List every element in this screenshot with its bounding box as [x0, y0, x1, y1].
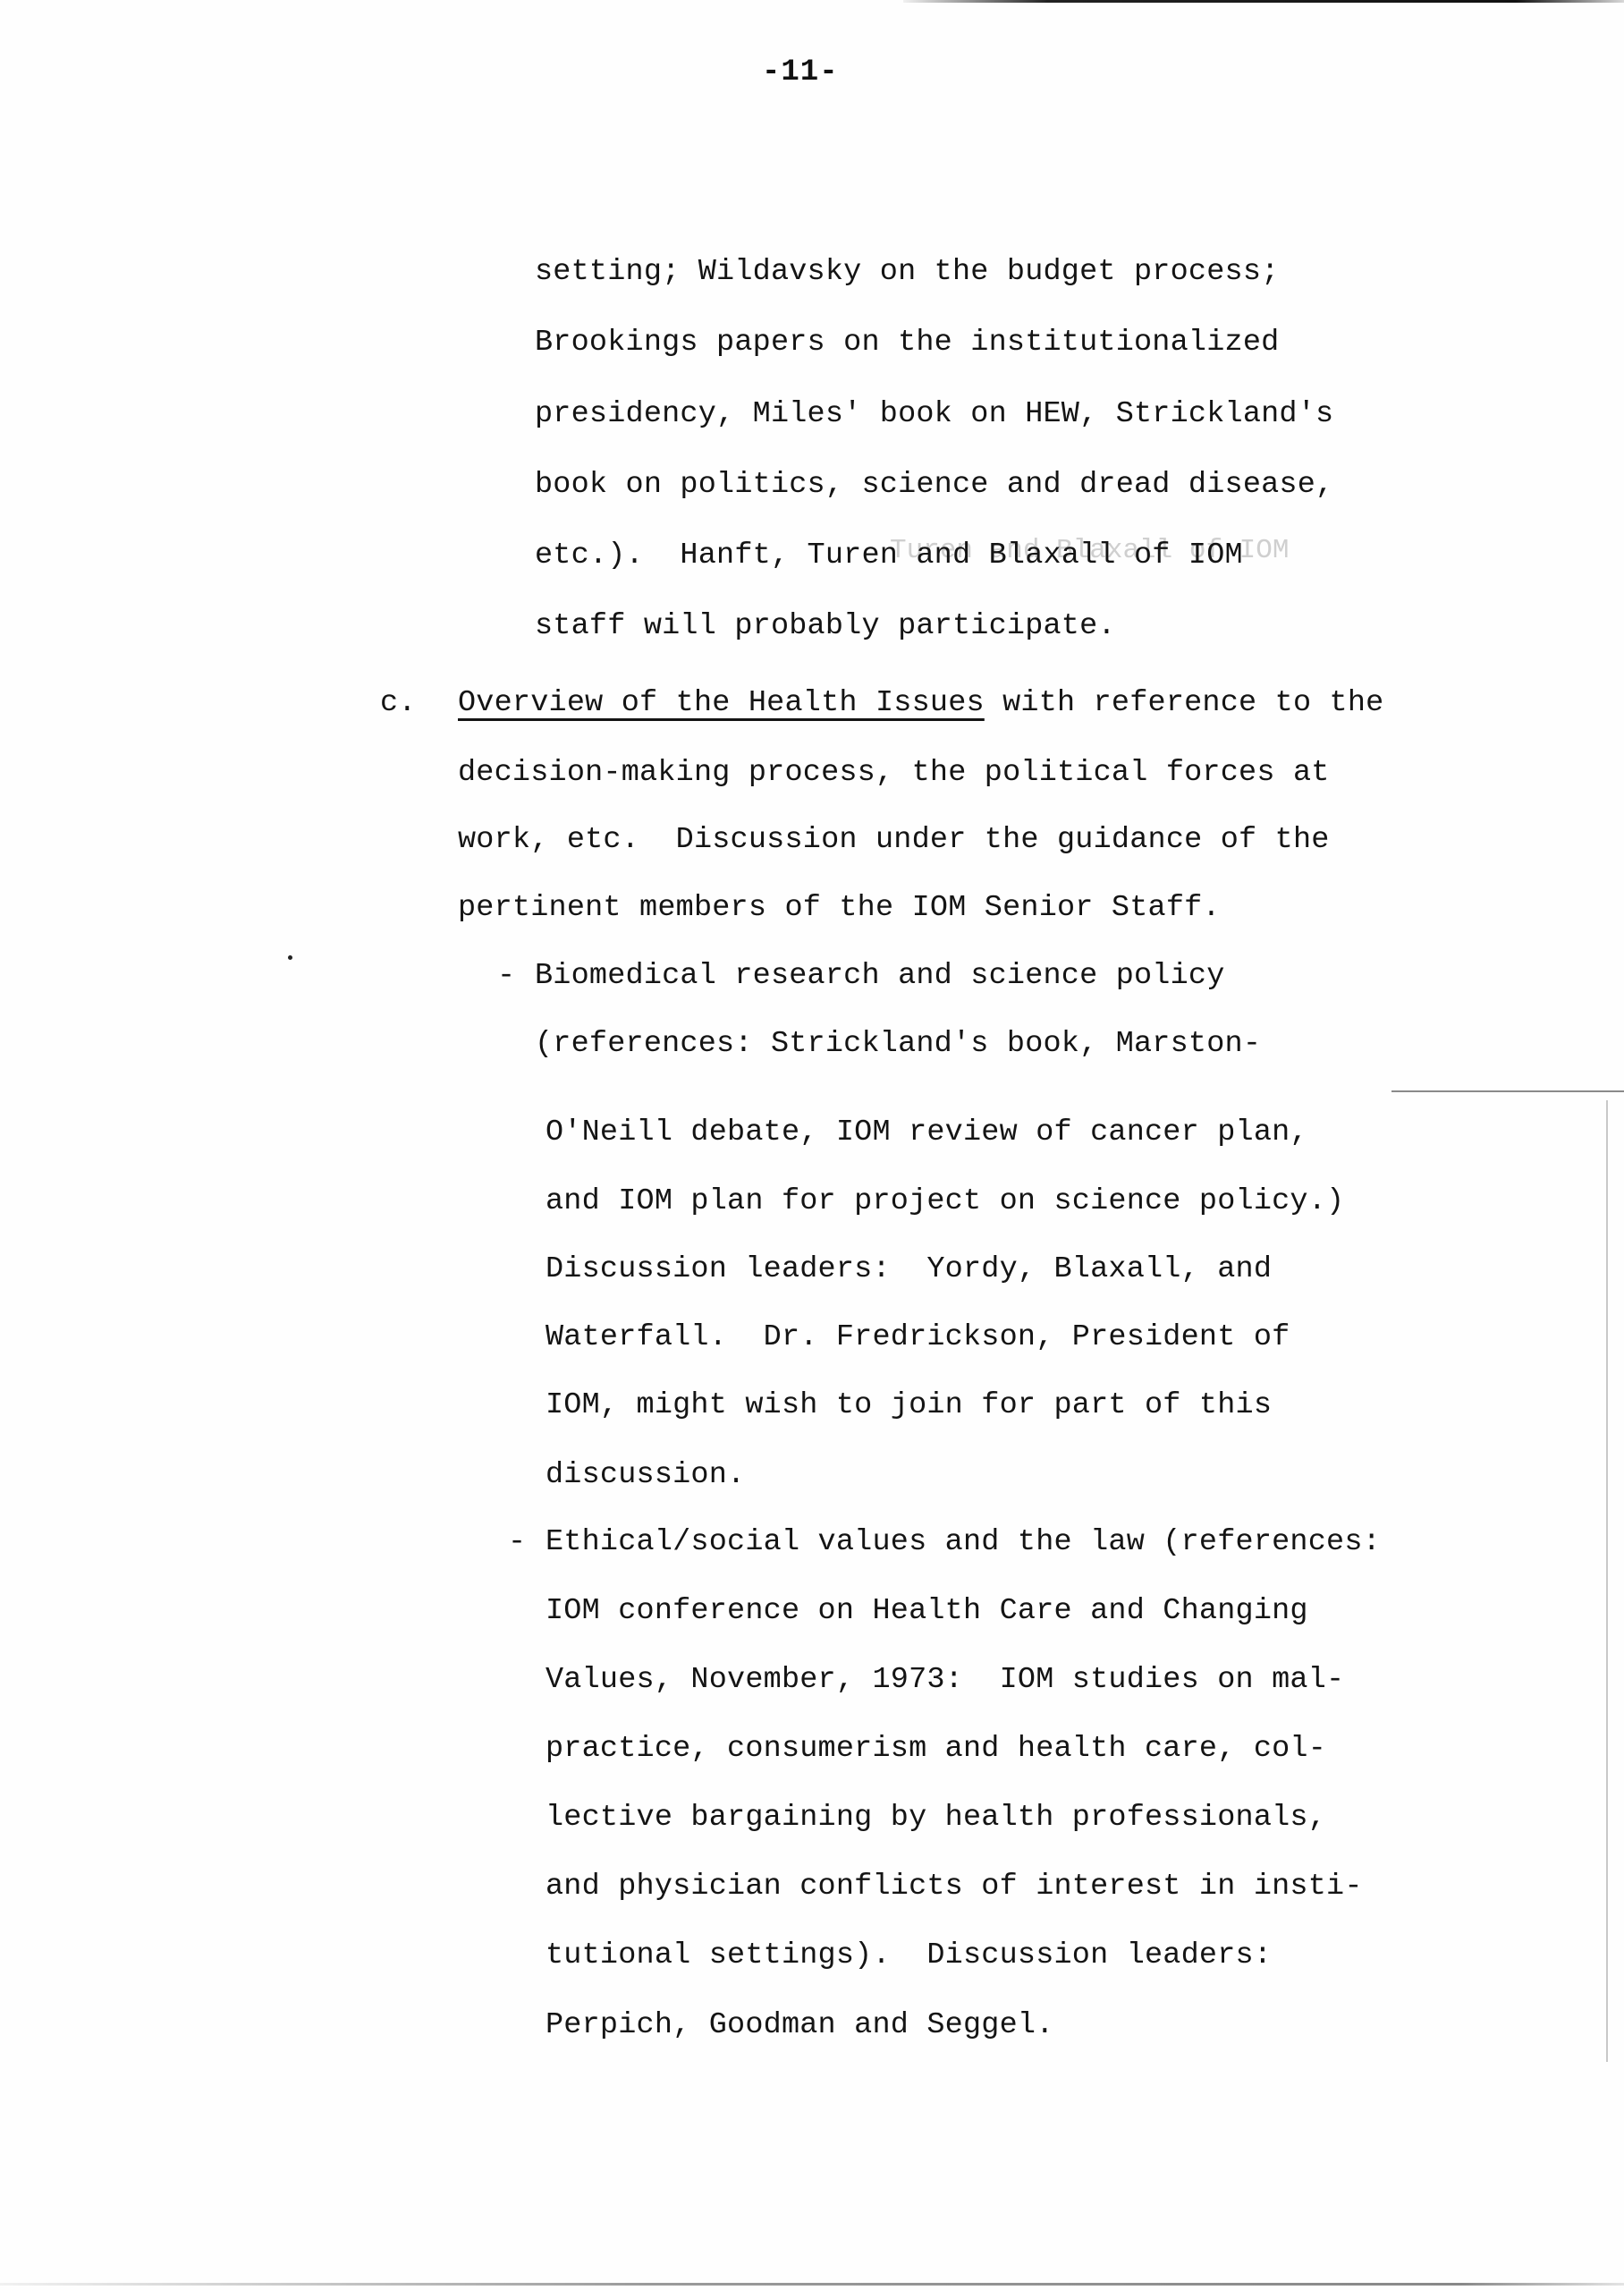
item-heading-rest: with reference to the	[985, 686, 1384, 720]
text-line: etc.). Hanft, Turen and Blaxall of IOM	[535, 541, 1243, 572]
item-heading-underlined: Overview of the Health Issues	[458, 686, 985, 720]
text-line: discussion.	[546, 1461, 745, 1491]
bullet-dash: -	[497, 962, 515, 992]
text-line: Brookings papers on the institutionalize…	[535, 328, 1279, 359]
text-line: Waterfall. Dr. Fredrickson, President of	[546, 1323, 1290, 1353]
document-page: -11- setting; Wildavsky on the budget pr…	[0, 0, 1624, 2290]
page-number: -11-	[762, 55, 839, 89]
scan-edge-vertical-line	[1606, 1100, 1608, 2062]
text-line: Biomedical research and science policy	[535, 962, 1225, 992]
text-line: and IOM plan for project on science poli…	[546, 1187, 1344, 1217]
scan-speck	[288, 955, 292, 960]
item-marker: c.	[380, 689, 417, 719]
text-line: IOM conference on Health Care and Changi…	[546, 1597, 1308, 1627]
text-line: staff will probably participate.	[535, 612, 1116, 642]
text-line: work, etc. Discussion under the guidance…	[458, 826, 1330, 856]
text-line: setting; Wildavsky on the budget process…	[535, 258, 1279, 288]
text-line: tutional settings). Discussion leaders:	[546, 1941, 1272, 1972]
text-line: Ethical/social values and the law (refer…	[546, 1528, 1381, 1558]
scan-bottom-edge	[0, 2283, 1624, 2286]
item-heading-line: Overview of the Health Issues with refer…	[458, 689, 1383, 719]
bullet-dash: -	[508, 1528, 526, 1558]
scan-edge-line	[1391, 1090, 1624, 1092]
text-line: (references: Strickland's book, Marston-	[535, 1030, 1261, 1060]
text-line: Perpich, Goodman and Seggel.	[546, 2011, 1054, 2041]
text-line: O'Neill debate, IOM review of cancer pla…	[546, 1118, 1308, 1149]
text-line: IOM, might wish to join for part of this	[546, 1391, 1272, 1421]
scan-top-edge	[903, 0, 1624, 3]
text-line: pertinent members of the IOM Senior Staf…	[458, 894, 1221, 924]
text-line: book on politics, science and dread dise…	[535, 471, 1333, 501]
text-line: and physician conflicts of interest in i…	[546, 1872, 1363, 1903]
text-line: decision-making process, the political f…	[458, 759, 1330, 789]
text-line: presidency, Miles' book on HEW, Strickla…	[535, 400, 1333, 430]
text-line: Discussion leaders: Yordy, Blaxall, and	[546, 1255, 1272, 1285]
text-line: lective bargaining by health professiona…	[546, 1803, 1326, 1834]
text-line: practice, consumerism and health care, c…	[546, 1734, 1326, 1765]
text-line: Values, November, 1973: IOM studies on m…	[546, 1666, 1344, 1696]
